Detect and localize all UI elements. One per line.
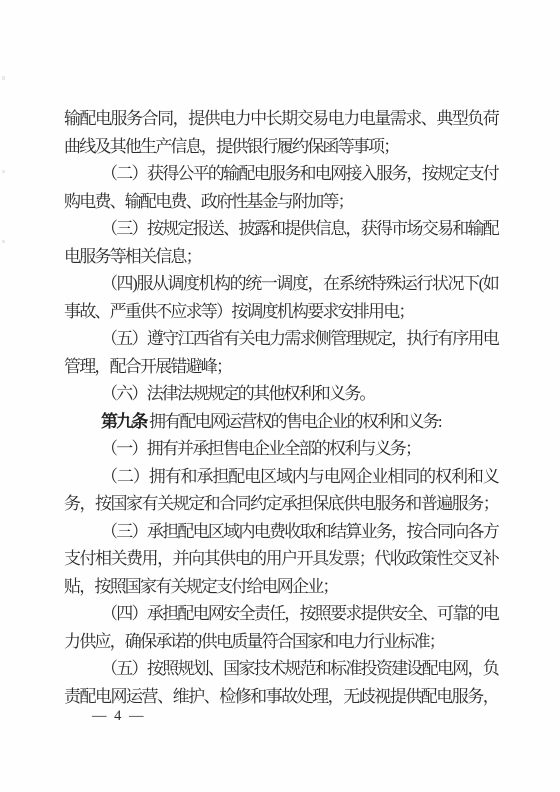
text-line: （二）拥有和承担配电区域内与电网企业相同的权利和义: [64, 463, 498, 491]
scan-speck: [2, 240, 5, 243]
text-line: （五）遵守江西省有关电力需求侧管理规定，执行有序用电: [64, 325, 498, 353]
text-line: （三）按规定报送、披露和提供信息，获得市场交易和输配: [64, 215, 498, 243]
article-number-bold: 第九条: [101, 412, 147, 431]
text-line: （五）按照规划、国家技术规范和标准投资建设配电网，负: [64, 655, 498, 683]
text-line: 务，按国家有关规定和合同约定承担保底供电服务和普遍服务；: [64, 490, 498, 518]
text-line: 责配电网运营、维护、检修和事故处理，无歧视提供配电服务，: [64, 683, 498, 711]
text-line: （一）拥有并承担售电企业全部的权利与义务；: [64, 435, 498, 463]
text-line: 支付相关费用，并向其供电的用户开具发票；代收政策性交叉补: [64, 545, 498, 573]
text-line: 管理，配合开展错避峰；: [64, 353, 498, 381]
text-line: 购电费、输配电费、政府性基金与附加等；: [64, 188, 498, 216]
text-line: （二）获得公平的输配电服务和电网接入服务，按规定支付: [64, 160, 498, 188]
text-line: 曲线及其他生产信息，提供银行履约保函等事项；: [64, 133, 498, 161]
scan-speck: [2, 76, 5, 80]
text-line: 电服务等相关信息；: [64, 243, 498, 271]
text-line: 贴，按照国家有关规定支付给电网企业；: [64, 573, 498, 601]
text-line: 事故、严重供不应求等）按调度机构要求安排用电；: [64, 298, 498, 326]
document-page: 输配电服务合同，提供电力中长期交易电力电量需求、典型负荷曲线及其他生产信息，提供…: [0, 0, 560, 792]
text-line: 第九条 拥有配电网运营权的售电企业的权利和义务:: [64, 408, 498, 436]
text-line: （三）承担配电区域内电费收取和结算业务，按合同向各方: [64, 518, 498, 546]
text-line: 力供应，确保承诺的供电质量符合国家和电力行业标准；: [64, 628, 498, 656]
page-number: — 4 —: [92, 708, 146, 725]
text-line: （四）承担配电网安全责任，按照要求提供安全、可靠的电: [64, 600, 498, 628]
body-text: 输配电服务合同，提供电力中长期交易电力电量需求、典型负荷曲线及其他生产信息，提供…: [64, 105, 498, 710]
scan-speck: [2, 170, 5, 173]
text-line: （六）法律法规规定的其他权利和义务。: [64, 380, 498, 408]
text-line: 输配电服务合同，提供电力中长期交易电力电量需求、典型负荷: [64, 105, 498, 133]
text-line: （四)服从调度机构的统一调度，在系统特殊运行状况下(如: [64, 270, 498, 298]
